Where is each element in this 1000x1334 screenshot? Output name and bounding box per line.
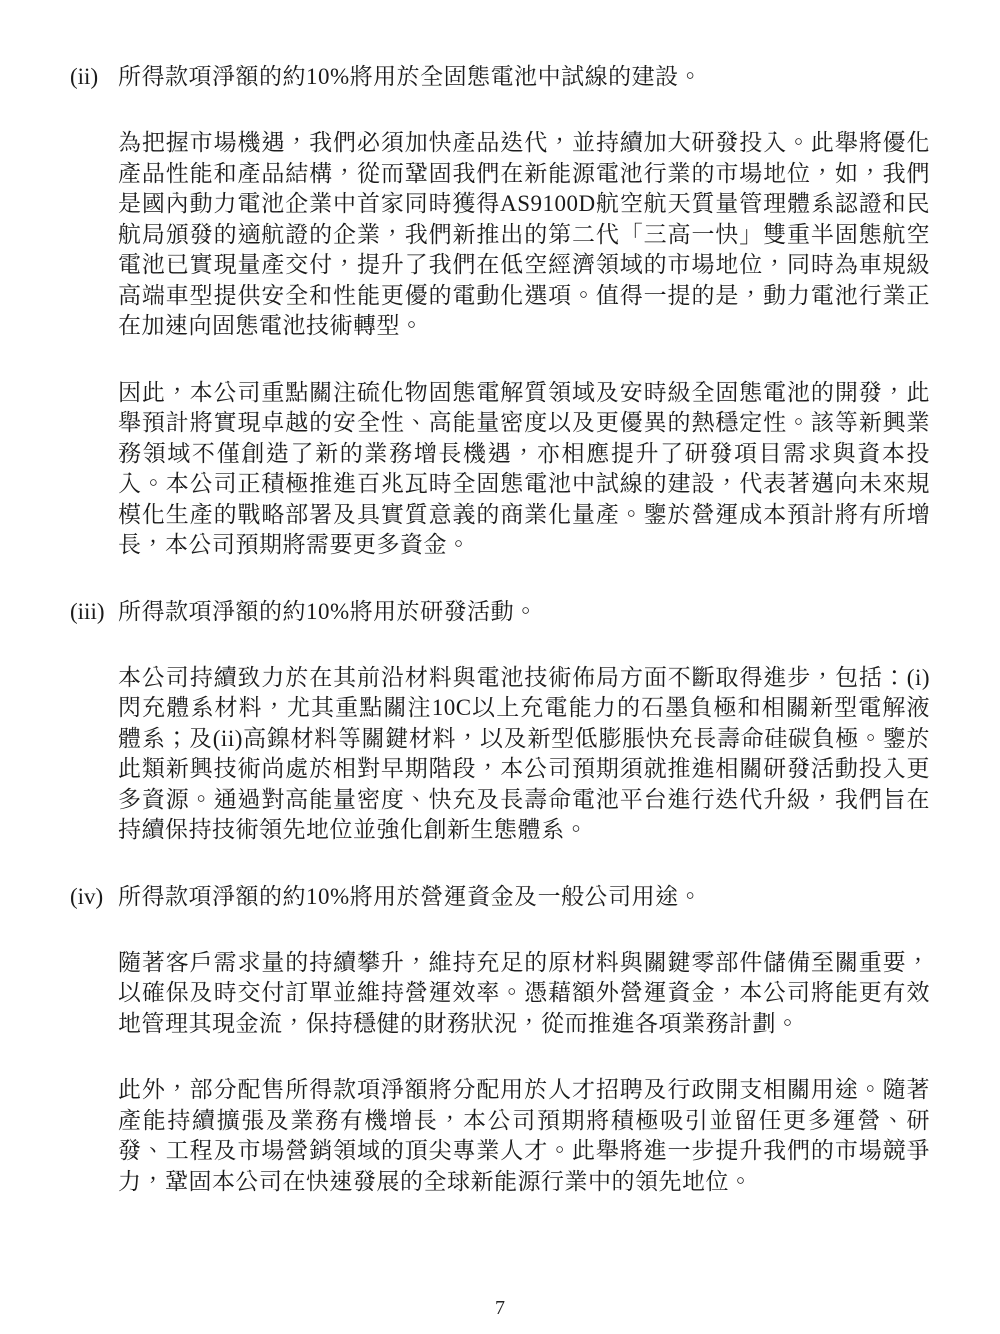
- list-marker: (iii): [70, 597, 105, 627]
- paragraph: 此外，部分配售所得款項淨額將分配用於人才招聘及行政開支相關用途。隨著產能持續擴張…: [118, 1075, 930, 1197]
- section-heading-row: (iv) 所得款項淨額的約10%將用於營運資金及一般公司用途。: [70, 882, 930, 912]
- paragraph: 隨著客戶需求量的持續攀升，維持充足的原材料與關鍵零部件儲備至關重要，以確保及時交…: [118, 948, 930, 1040]
- document-page: (ii) 所得款項淨額的約10%將用於全固態電池中試線的建設。 為把握市場機遇，…: [0, 0, 1000, 1197]
- page-number: 7: [495, 1297, 505, 1319]
- paragraph: 本公司持續致力於在其前沿材料與電池技術佈局方面不斷取得進步，包括：(i)閃充體系…: [118, 663, 930, 846]
- section-heading: 所得款項淨額的約10%將用於研發活動。: [118, 599, 538, 624]
- section-heading-row: (ii) 所得款項淨額的約10%將用於全固態電池中試線的建設。: [70, 62, 930, 92]
- section-ii: (ii) 所得款項淨額的約10%將用於全固態電池中試線的建設。 為把握市場機遇，…: [70, 62, 930, 561]
- paragraph: 因此，本公司重點關注硫化物固態電解質領域及安時級全固態電池的開發，此舉預計將實現…: [118, 378, 930, 561]
- section-heading-row: (iii) 所得款項淨額的約10%將用於研發活動。: [70, 597, 930, 627]
- paragraph: 為把握市場機遇，我們必須加快產品迭代，並持續加大研發投入。此舉將優化產品性能和產…: [118, 128, 930, 342]
- section-iv: (iv) 所得款項淨額的約10%將用於營運資金及一般公司用途。 隨著客戶需求量的…: [70, 882, 930, 1198]
- section-iii: (iii) 所得款項淨額的約10%將用於研發活動。 本公司持續致力於在其前沿材料…: [70, 597, 930, 846]
- list-marker: (iv): [70, 882, 103, 912]
- section-heading: 所得款項淨額的約10%將用於全固態電池中試線的建設。: [118, 64, 702, 89]
- page-footer: 7: [0, 1297, 1000, 1320]
- list-marker: (ii): [70, 62, 98, 92]
- section-heading: 所得款項淨額的約10%將用於營運資金及一般公司用途。: [118, 884, 702, 909]
